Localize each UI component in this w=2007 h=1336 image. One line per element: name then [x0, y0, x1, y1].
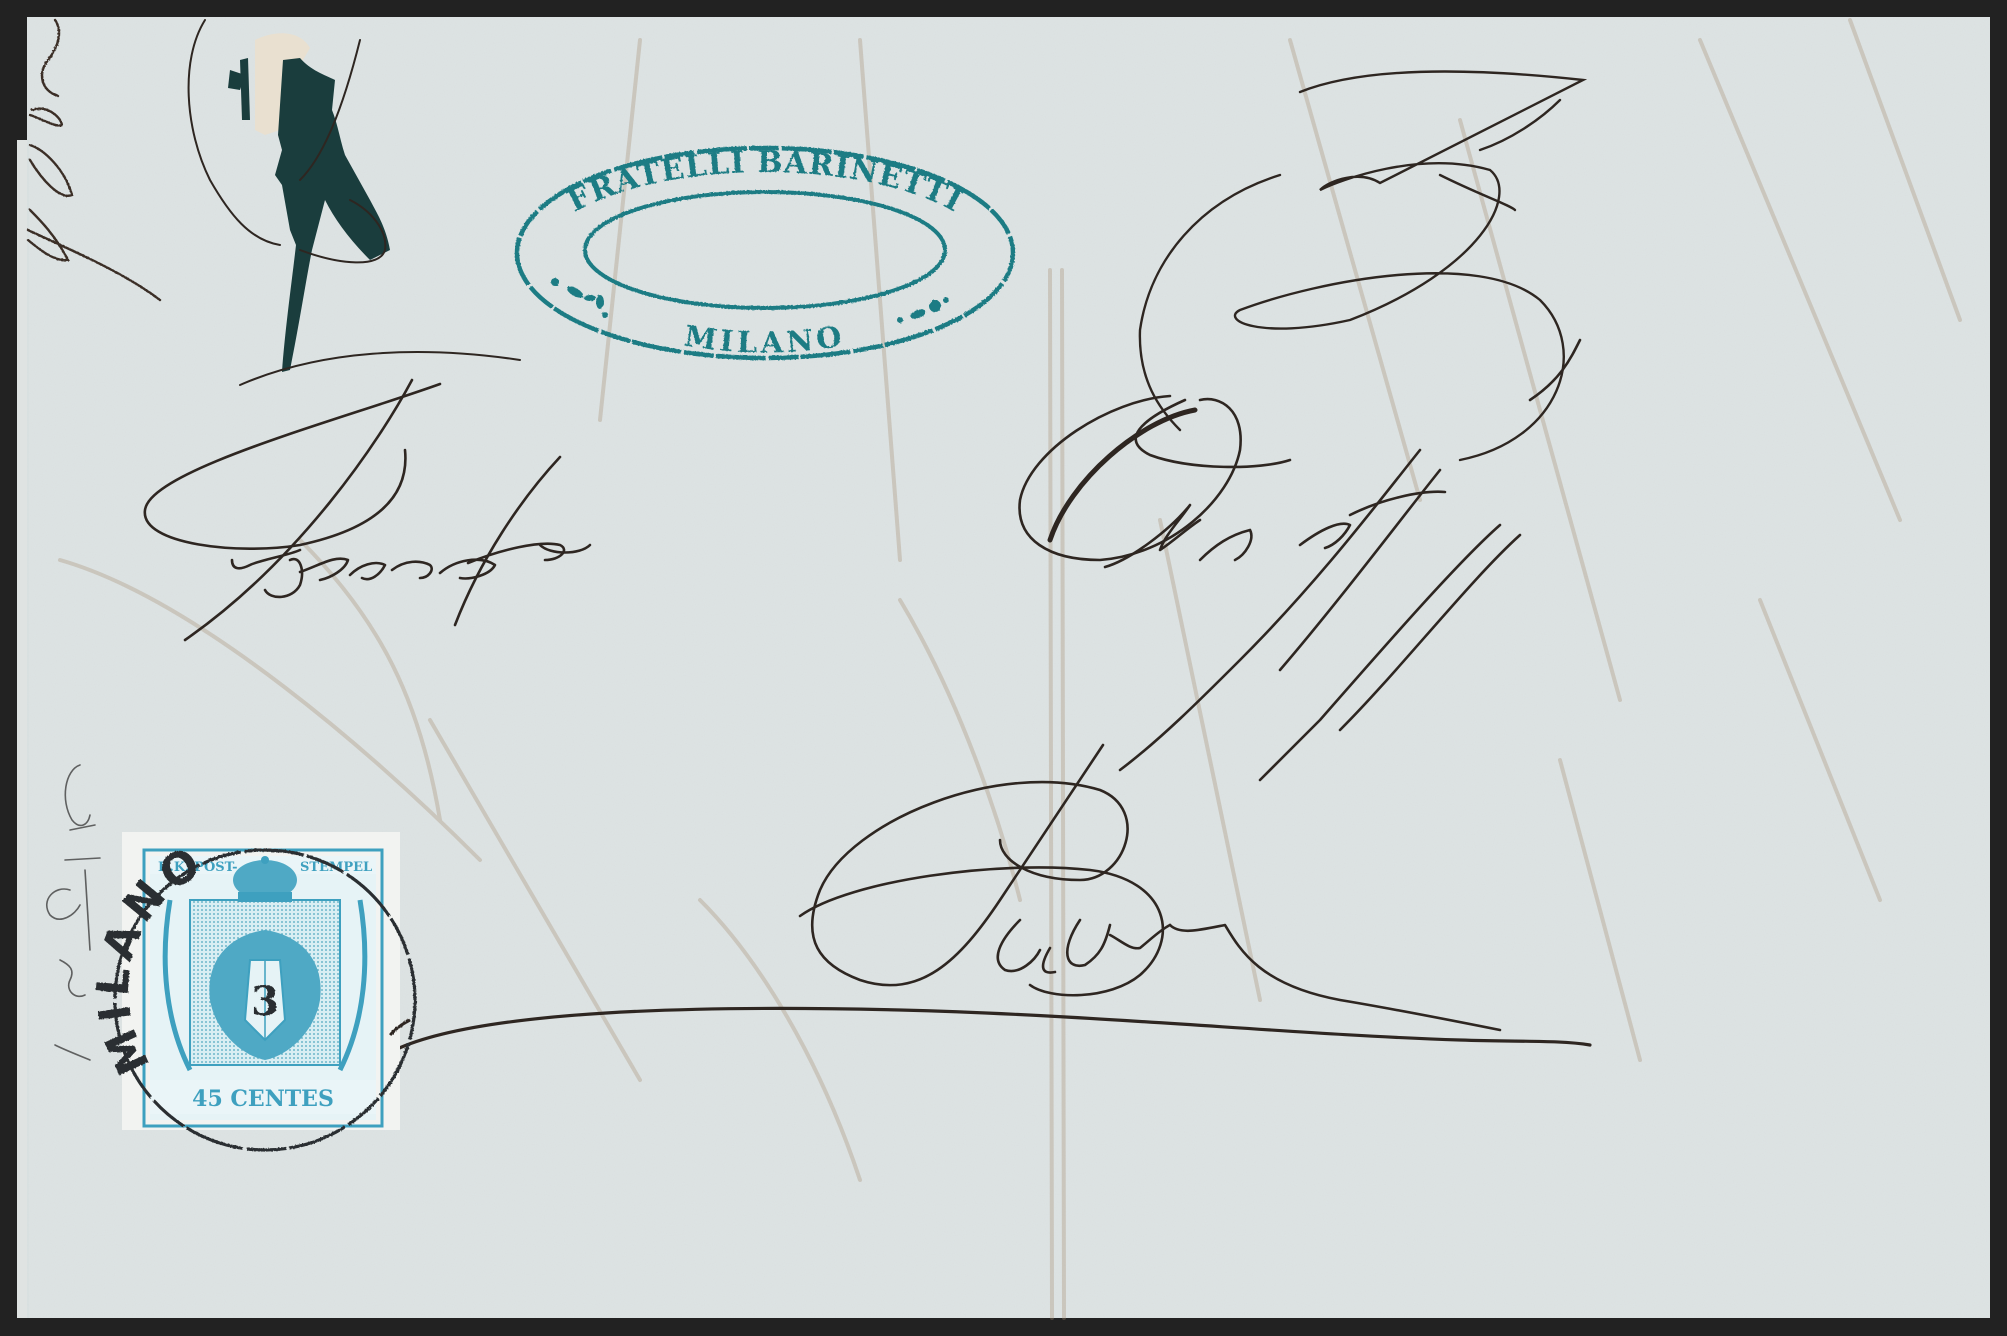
postmark-date: 3 [251, 978, 279, 1025]
stamp-value-text: 45 CENTES [192, 1086, 334, 1112]
postal-cover-scene: FRATELLI BARINETTI MILANO [0, 0, 2007, 1336]
